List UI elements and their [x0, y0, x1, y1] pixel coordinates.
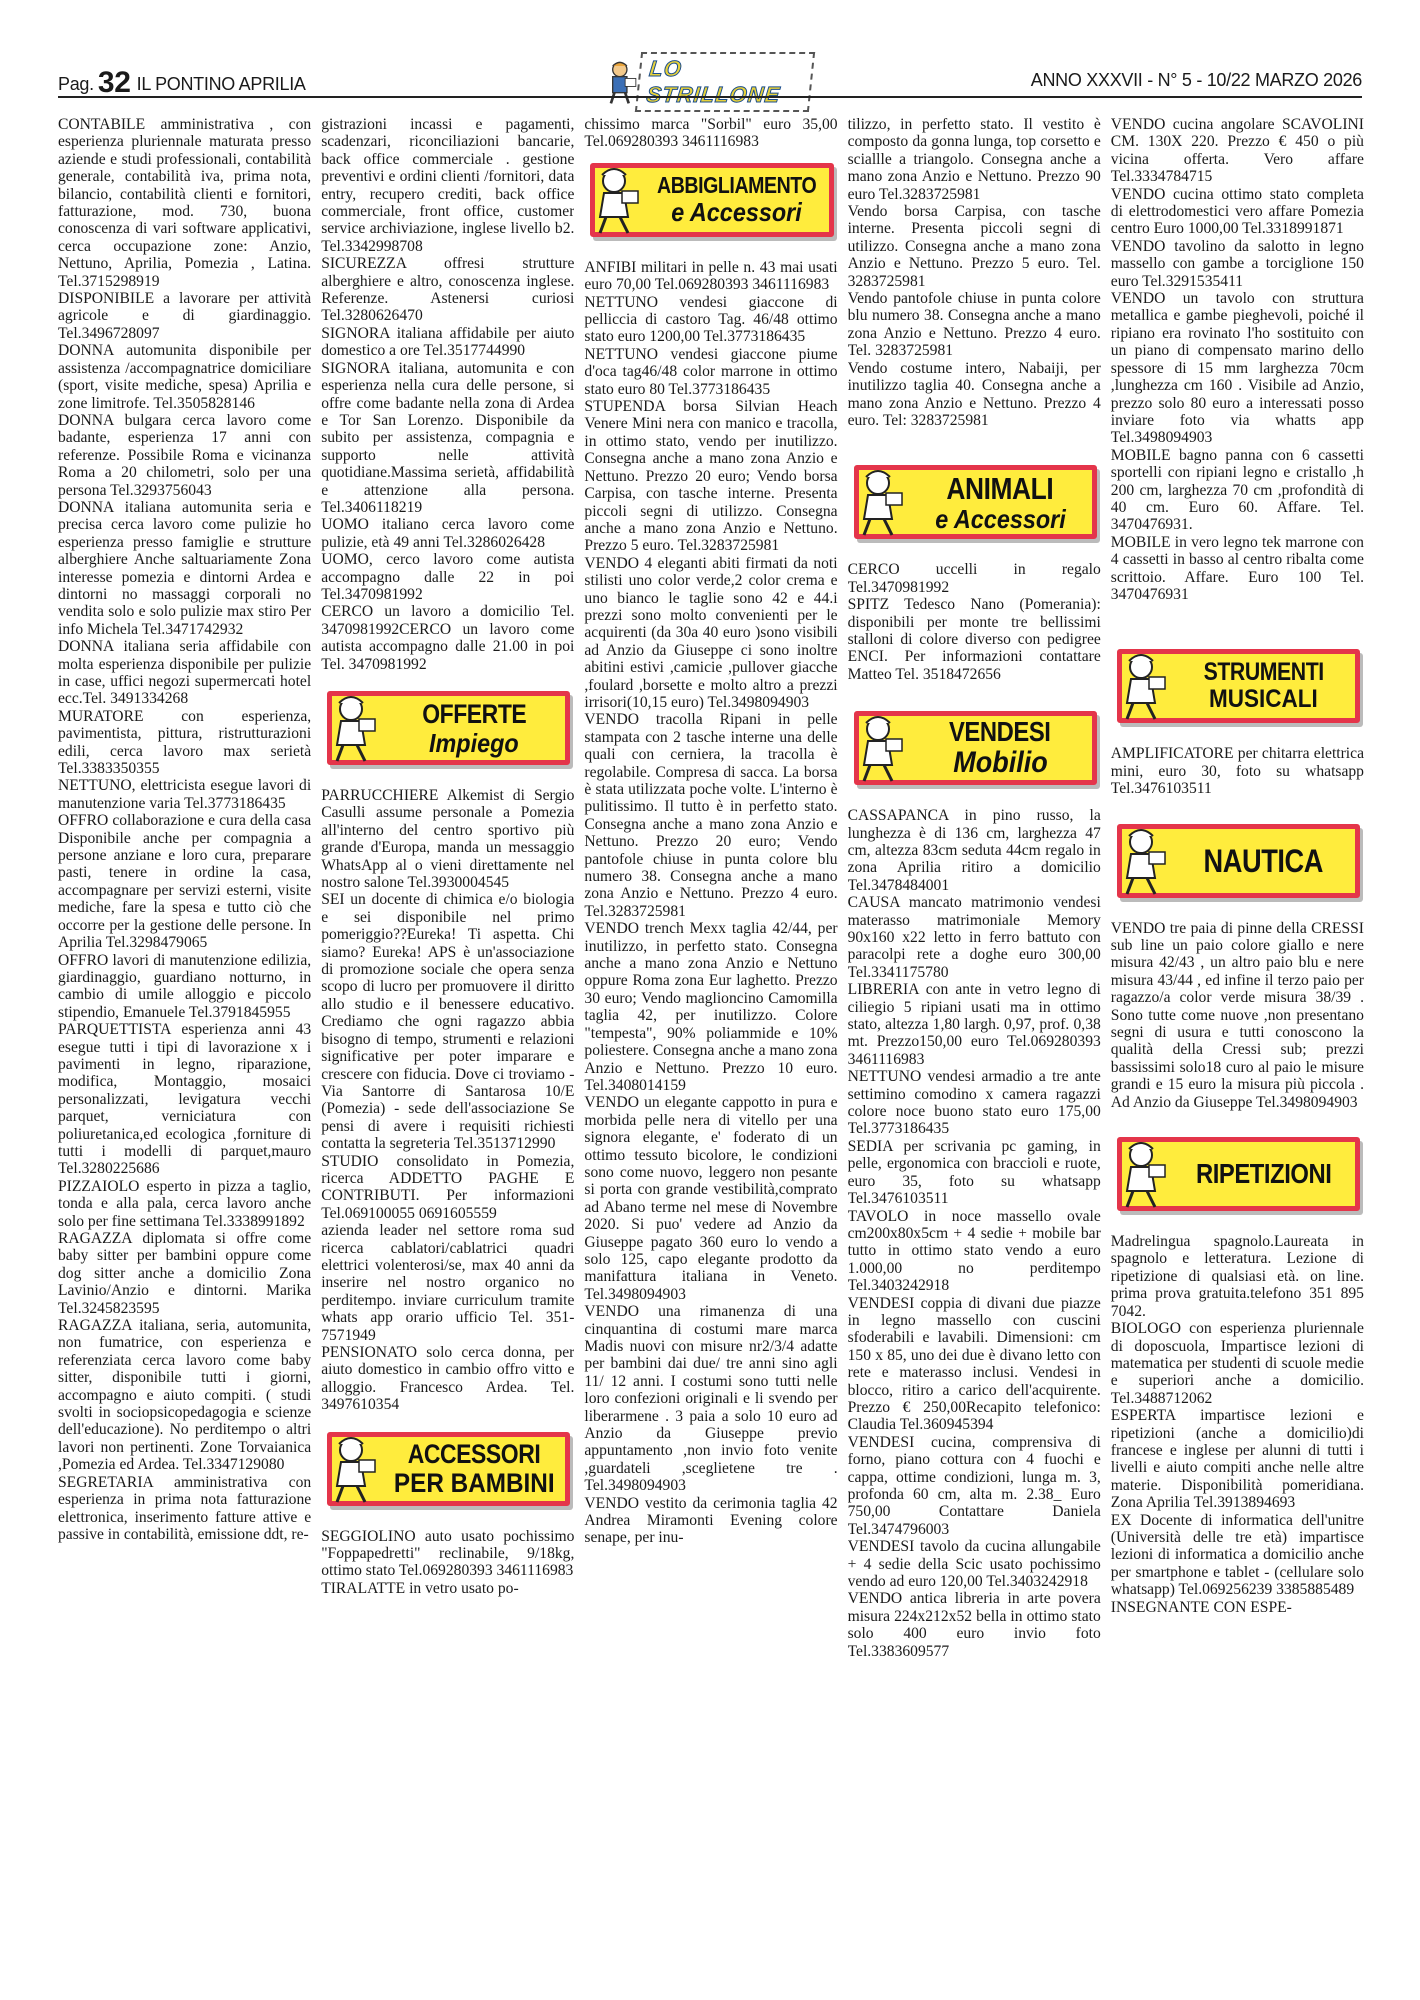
section-banner-vendesi-mobilio: VENDESI Mobilio — [848, 705, 1101, 791]
classified-ad: Madrelingua spagnolo.Laureata in spagnol… — [1111, 1233, 1364, 1320]
masthead: Pag.32IL PONTINO APRILIA LO STRILLONE AN… — [58, 62, 1362, 102]
classified-ad: DONNA italiana seria affidabile con molt… — [58, 638, 311, 708]
newsboy-mascot-icon — [584, 161, 646, 237]
classified-ad: Vendo pantofole chiuse in punta colore b… — [848, 290, 1101, 360]
classified-ad: DONNA automunita disponibile per assiste… — [58, 342, 311, 412]
classified-ad: ESPERTA impartisce lezioni e ripetizioni… — [1111, 1407, 1364, 1511]
section-banner-animali: ANIMALI e Accessori — [848, 459, 1101, 545]
banner-line-2: e Accessori — [672, 199, 803, 225]
newsboy-mascot-icon — [848, 463, 910, 539]
newsboy-mascot-icon — [1111, 822, 1173, 898]
lo-strillone-logo: LO STRILLONE — [602, 54, 812, 110]
classified-ad: Vendo costume intero, Nabaiji, per inuti… — [848, 360, 1101, 430]
classified-ad: UOMO italiano cerca lavoro come pulizie,… — [321, 516, 574, 551]
classified-ad: CONTABILE amministrativa , con esperienz… — [58, 116, 311, 290]
page-number: 32 — [98, 66, 131, 99]
classified-ad: tilizzo, in perfetto stato. Il vestito è… — [848, 116, 1101, 203]
banner-line-2: e Accessori — [935, 506, 1066, 532]
classified-ad: CAUSA mancato matrimonio vendesi materas… — [848, 894, 1101, 981]
classified-ad: SICUREZZA offresi strutture alberghiere … — [321, 255, 574, 325]
classified-ad: SEDIA per scrivania pc gaming, in pelle,… — [848, 1138, 1101, 1208]
column-4: tilizzo, in perfetto stato. Il vestito è… — [848, 116, 1101, 1976]
classified-ad: STUPENDA borsa Silvian Heach Venere Mini… — [584, 398, 837, 555]
classified-ad: NETTUNO, elettricista esegue lavori di m… — [58, 777, 311, 812]
column-2: gistrazioni incassi e pagamenti, scadenz… — [321, 116, 574, 1976]
classified-ad: DONNA bulgara cerca lavoro come badante,… — [58, 412, 311, 499]
column-3: chissimo marca "Sorbil" euro 35,00 Tel.0… — [584, 116, 837, 1976]
classified-ad: LIBRERIA con ante in vetro legno di cili… — [848, 981, 1101, 1068]
banner-title: STRUMENTI MUSICALI — [1173, 653, 1354, 719]
banner-title: NAUTICA — [1173, 828, 1354, 894]
banner-line-1: ABBIGLIAMENTO — [657, 174, 816, 197]
banner-title: RIPETIZIONI — [1173, 1141, 1354, 1207]
classified-ad: VENDO una rimanenza di una cinquantina d… — [584, 1303, 837, 1494]
classified-ad: VENDO un tavolo con struttura metallica … — [1111, 290, 1364, 447]
classified-ad: VENDO tre paia di pinne della CRESSI sub… — [1111, 920, 1364, 1111]
page-prefix: Pag. — [58, 74, 94, 94]
classified-ad: SPITZ Tedesco Nano (Pomerania): disponib… — [848, 596, 1101, 683]
classified-ad: NETTUNO vendesi giaccone di pelliccia di… — [584, 294, 837, 346]
classified-ad: VENDO un elegante cappotto in pura e mor… — [584, 1094, 837, 1303]
section-banner-offerte-impiego: OFFERTE Impiego — [321, 685, 574, 771]
classified-ad: AMPLIFICATORE per chitarra elettrica min… — [1111, 745, 1364, 797]
classified-ad: PIZZAIOLO esperto in pizza a taglio, ton… — [58, 1178, 311, 1230]
classified-ad: chissimo marca "Sorbil" euro 35,00 Tel.0… — [584, 116, 837, 151]
classified-ad: VENDO tavolino da salotto in legno masse… — [1111, 238, 1364, 290]
classified-ad: VENDO vestito da cerimonia taglia 42 And… — [584, 1495, 837, 1547]
classified-ad: NETTUNO vendesi giaccone piume d'oca tag… — [584, 346, 837, 398]
classified-ad: BIOLOGO con esperienza pluriennale di do… — [1111, 1320, 1364, 1407]
banner-line-1: ACCESSORI — [407, 1441, 540, 1468]
classified-ad: VENDO antica libreria in arte povera mis… — [848, 1590, 1101, 1660]
classified-ad: SIGNORA italiana, automunita e con esper… — [321, 360, 574, 517]
classified-ad: azienda leader nel settore roma sud rice… — [321, 1222, 574, 1344]
classified-ad: EX Docente di informatica dell'unitre (U… — [1111, 1512, 1364, 1599]
classified-ad: VENDO 4 eleganti abiti firmati da noti s… — [584, 555, 837, 712]
newsboy-mascot-icon — [1111, 647, 1173, 723]
classified-ad: SEGRETARIA amministrativa con esperienza… — [58, 1474, 311, 1544]
banner-line-2: Mobilio — [953, 748, 1047, 778]
section-banner-accessori-bambini: ACCESSORI PER BAMBINI — [321, 1426, 574, 1512]
classified-ad: UOMO, cerco lavoro come autista accompag… — [321, 551, 574, 603]
classified-ad: MOBILE in vero legno tek marrone con 4 c… — [1111, 534, 1364, 604]
classified-ad: CERCO un lavoro a domicilio Tel. 3470981… — [321, 603, 574, 673]
classified-ad: DONNA italiana automunita seria e precis… — [58, 499, 311, 638]
classified-ad: VENDESI coppia di divani due piazze in l… — [848, 1295, 1101, 1434]
section-banner-ripetizioni: RIPETIZIONI — [1111, 1131, 1364, 1217]
classified-ad: PARQUETTISTA esperienza anni 43 esegue t… — [58, 1021, 311, 1178]
classified-ad: SEI un docente di chimica e/o biologia e… — [321, 891, 574, 1152]
classified-ad: DISPONIBILE a lavorare per attività agri… — [58, 290, 311, 342]
banner-title: VENDESI Mobilio — [910, 715, 1091, 781]
classified-ad: SIGNORA italiana affidabile per aiuto do… — [321, 325, 574, 360]
header-rule — [58, 96, 1362, 98]
banner-line-2: MUSICALI — [1209, 687, 1318, 712]
banner-line-1: VENDESI — [949, 718, 1051, 746]
classified-ad: VENDO cucina ottimo stato completa di el… — [1111, 186, 1364, 238]
classified-ad: OFFRO collaborazione e cura della casa D… — [58, 812, 311, 951]
section-banner-strumenti-musicali: STRUMENTI MUSICALI — [1111, 643, 1364, 729]
classified-ad: MOBILE bagno panna con 6 cassetti sporte… — [1111, 447, 1364, 534]
issue-info: ANNO XXXVII - N° 5 - 10/22 MARZO 2026 — [1031, 70, 1362, 91]
publication-name: IL PONTINO APRILIA — [137, 74, 306, 94]
classified-ad: RAGAZZA diplomata si offre come baby sit… — [58, 1230, 311, 1317]
classified-ad: RAGAZZA italiana, seria, automunita, non… — [58, 1317, 311, 1474]
classified-ad: PENSIONATO solo cerca donna, per aiuto d… — [321, 1344, 574, 1414]
classified-ad: CERCO uccelli in regalo Tel.3470981992 — [848, 561, 1101, 596]
classified-ad: VENDESI cucina, comprensiva di forno, pi… — [848, 1434, 1101, 1538]
banner-line-1: NAUTICA — [1204, 845, 1323, 877]
classified-ad: NETTUNO vendesi armadio a tre ante setti… — [848, 1068, 1101, 1138]
page-label: Pag.32IL PONTINO APRILIA — [58, 64, 306, 98]
banner-line-1: STRUMENTI — [1203, 660, 1323, 685]
banner-title: OFFERTE Impiego — [383, 695, 564, 761]
column-5: VENDO cucina angolare SCAVOLINI CM. 130X… — [1111, 116, 1364, 1976]
section-banner-nautica: NAUTICA — [1111, 818, 1364, 904]
classified-ad: VENDO tracolla Ripani in pelle stampata … — [584, 711, 837, 920]
banner-line-1: OFFERTE — [422, 701, 526, 728]
classified-ad: VENDO cucina angolare SCAVOLINI CM. 130X… — [1111, 116, 1364, 186]
banner-title: ANIMALI e Accessori — [910, 469, 1091, 535]
newsboy-mascot-icon — [602, 56, 638, 108]
banner-title: ACCESSORI PER BAMBINI — [383, 1436, 564, 1502]
banner-line-2: Impiego — [429, 730, 519, 756]
classified-ad: ANFIBI militari in pelle n. 43 mai usati… — [584, 259, 837, 294]
newsboy-mascot-icon — [321, 1430, 383, 1506]
classified-ad: VENDO trench Mexx taglia 42/44, per inut… — [584, 920, 837, 1094]
classified-ad: SEGGIOLINO auto usato pochissimo "Foppap… — [321, 1528, 574, 1580]
banner-line-2: PER BAMBINI — [393, 1470, 554, 1497]
classified-ad: STUDIO consolidato in Pomezia, ricerca A… — [321, 1153, 574, 1223]
newsboy-mascot-icon — [848, 709, 910, 785]
logo-text: LO STRILLONE — [634, 52, 815, 112]
classified-ad: Vendo borsa Carpisa, con tasche interne.… — [848, 203, 1101, 290]
banner-line-1: RIPETIZIONI — [1196, 1160, 1331, 1188]
newsboy-mascot-icon — [321, 689, 383, 765]
column-1: CONTABILE amministrativa , con esperienz… — [58, 116, 311, 1976]
classified-ad: TIRALATTE in vetro usato po- — [321, 1580, 574, 1597]
classifieds-columns: CONTABILE amministrativa , con esperienz… — [58, 116, 1364, 1976]
classified-ad: gistrazioni incassi e pagamenti, scadenz… — [321, 116, 574, 255]
classified-ad: TAVOLO in noce massello ovale cm200x80x5… — [848, 1208, 1101, 1295]
banner-line-1: ANIMALI — [947, 473, 1054, 504]
banner-title: ABBIGLIAMENTO e Accessori — [646, 167, 827, 233]
classified-ad: MURATORE con esperienza, pavimentista, p… — [58, 708, 311, 778]
classified-ad: PARRUCCHIERE Alkemist di Sergio Casulli … — [321, 787, 574, 891]
classified-ad: VENDESI tavolo da cucina allungabile + 4… — [848, 1538, 1101, 1590]
classified-ad: CASSAPANCA in pino russo, la lunghezza è… — [848, 807, 1101, 894]
classified-ad: OFFRO lavori di manutenzione edilizia, g… — [58, 952, 311, 1022]
section-banner-abbigliamento: ABBIGLIAMENTO e Accessori — [584, 157, 837, 243]
classified-ad: INSEGNANTE CON ESPE- — [1111, 1599, 1364, 1616]
newsboy-mascot-icon — [1111, 1135, 1173, 1211]
